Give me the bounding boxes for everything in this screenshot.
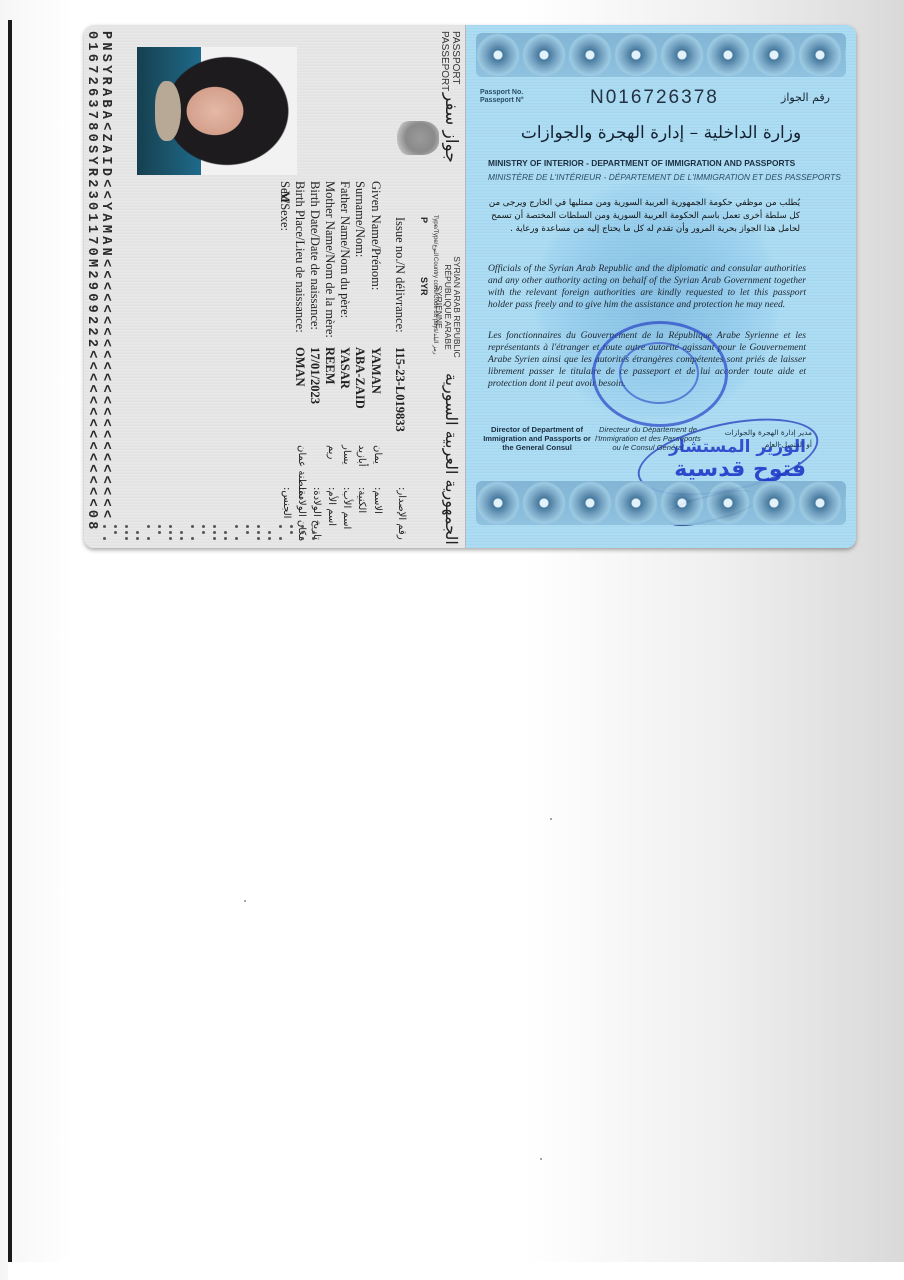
perforation-dot: [257, 525, 260, 528]
perforation-dot: [301, 525, 304, 528]
mrz-line-2: 0167263780SYR2301170M2909222<<<<<<<<<<<<…: [84, 31, 99, 533]
field-value: OMAN: [292, 347, 307, 387]
field-value: YASAR: [337, 347, 352, 389]
scan-bottom-margin: [8, 1262, 904, 1280]
field-label: Given Name/Prénom:: [368, 181, 383, 290]
request-text-ar: يُطلب من موظفي حكومة الجمهورية العربية ا…: [482, 197, 800, 236]
perforation-dot: [312, 537, 315, 540]
perforation-dot: [279, 525, 282, 528]
ministry-title-en: MINISTRY OF INTERIOR - DEPARTMENT OF IMM…: [488, 158, 795, 168]
perforation-dot: [257, 531, 260, 534]
type-label: Type/Type/النوع: [430, 215, 439, 256]
perforation-dot: [191, 537, 194, 540]
perforation-dot: [169, 525, 172, 528]
perforation-dot: [301, 537, 304, 540]
perforation-dot: [202, 525, 205, 528]
ministry-title-ar: وزارة الداخلية – إدارة الهجرة والجوازات: [466, 123, 856, 143]
perforation-dot: [169, 537, 172, 540]
field-label: Sex/Sexe:: [277, 181, 292, 231]
perforation-dot: [290, 531, 293, 534]
field-value: 17/01/2023: [307, 347, 322, 404]
perforation-dot: [114, 531, 117, 534]
passport-title-fr: PASSEPORT: [439, 31, 450, 91]
field-value: 115-23-L019833: [392, 347, 407, 432]
passport-data-page: PASSPORT PASSEPORT جواز سفر SYRIAN ARAB …: [84, 25, 466, 548]
photo-bow: [155, 81, 181, 141]
passport-no-label: Passport No. Passeport N°: [480, 89, 524, 105]
perforation-dot: [213, 525, 216, 528]
passport-spread: PASSPORT PASSEPORT جواز سفر SYRIAN ARAB …: [84, 25, 856, 548]
signature-name-ar: فتوح قدسية: [674, 457, 806, 482]
perforation-dot: [246, 525, 249, 528]
perforation-dot: [246, 531, 249, 534]
field-label: Mother Name/Nom de la mère:: [322, 181, 337, 338]
field-value-ar: أبازيد: [356, 445, 367, 466]
field-value: ABA-ZAID: [352, 347, 367, 409]
passport-title-block: PASSPORT PASSEPORT: [439, 31, 461, 91]
passport-title-en: PASSPORT: [450, 31, 461, 91]
perforation-dot: [180, 531, 183, 534]
passport-no-label-ar: رقم الجواز: [781, 91, 830, 104]
perforation-dot: [268, 531, 271, 534]
perforation-dot: [191, 525, 194, 528]
request-text-en: Officials of the Syrian Arab Republic an…: [488, 263, 806, 311]
perforation-dot: [136, 531, 139, 534]
passport-info-page: Passport No. Passeport N° N016726378 رقم…: [466, 25, 856, 548]
field-value: YAMAN: [368, 347, 383, 394]
field-label: Birth Place/Lieu de naissance:: [292, 181, 307, 333]
perforation-dot: [224, 537, 227, 540]
field-label-ar: رقم الإصدار:: [396, 487, 407, 540]
perforation-dot: [125, 525, 128, 528]
perforation-dot: [235, 525, 238, 528]
perforation-dot: [279, 537, 282, 540]
field-label-ar: اسم الأم:: [326, 487, 337, 526]
perforation-dot: [224, 531, 227, 534]
perforation-dot: [147, 537, 150, 540]
field-value: M: [277, 191, 292, 203]
perforation-dot: [180, 537, 183, 540]
perforation-dot: [202, 531, 205, 534]
perforation-dot: [312, 531, 315, 534]
perforation-dot: [114, 525, 117, 528]
perforation-dot: [169, 531, 172, 534]
field-label-ar: الاسم:: [372, 487, 383, 514]
perforation-dot: [136, 537, 139, 540]
field-label: Birth Date/Date de naissance:: [307, 181, 322, 330]
scanner-edge-shadow: [8, 20, 12, 1268]
eagle-emblem-icon: [397, 121, 439, 155]
perforation-dot: [290, 525, 293, 528]
dust-speck: [244, 900, 246, 902]
passport-no-label-en: Passport No.: [480, 89, 524, 97]
signatory-title-en: Director of Department of Immigration an…: [482, 425, 592, 452]
field-label-ar: اسم الأب:: [341, 487, 352, 529]
country-name-en: SYRIAN ARAB REPUBLIC: [452, 247, 461, 367]
guilloche-border-top: [476, 33, 846, 77]
perforation-dot: [257, 537, 260, 540]
country-code-label: Country code/Code du pays/رمز البلد: [430, 257, 439, 355]
passport-title-ar: جواز سفر: [441, 93, 461, 163]
stamp-inner-ring: [619, 342, 699, 404]
perforation-dot: [301, 531, 304, 534]
holder-photo: [137, 47, 297, 175]
field-value-ar: يسار: [341, 445, 352, 465]
field-label-ar: الجنس:: [281, 487, 292, 518]
perforation-dot: [125, 531, 128, 534]
perforation-dot: [268, 537, 271, 540]
data-page-rotated-content: PASSPORT PASSEPORT جواز سفر SYRIAN ARAB …: [84, 25, 465, 548]
field-label-ar: الكنية:: [356, 487, 367, 513]
perforation-dot: [147, 525, 150, 528]
dust-speck: [550, 818, 552, 820]
perforation-dot: [213, 537, 216, 540]
field-label: Issue no./N délivrance:: [392, 217, 407, 333]
country-name-ar: الجمهورية العربية السورية: [442, 373, 461, 545]
mrz-line-1: PNSYRABA<ZAID<<YAMAN<<<<<<<<<<<<<<<<<<<<…: [98, 31, 113, 521]
official-stamp-icon: [592, 321, 728, 427]
perforation-dot: [103, 525, 106, 528]
perforation-dot: [158, 525, 161, 528]
country-code-value: SYR: [419, 277, 429, 296]
field-label: Father Name/Nom du père:: [337, 181, 352, 318]
signature-title-ar: الوزير المستشار: [669, 437, 806, 457]
perforation-dot: [158, 531, 161, 534]
passport-no-label-fr: Passeport N°: [480, 97, 524, 105]
perforation-dot: [125, 537, 128, 540]
perforation-dot: [235, 537, 238, 540]
field-label: Surname/Nom:: [352, 181, 367, 257]
field-value-ar: يمان: [372, 445, 383, 464]
dust-speck: [540, 1158, 542, 1160]
perforation-dot: [103, 537, 106, 540]
type-value: P: [419, 217, 429, 223]
perforation-dot: [213, 531, 216, 534]
field-value-ar: ريم: [326, 445, 337, 459]
guilloche-border-bottom: [476, 481, 846, 525]
field-value: REEM: [322, 347, 337, 385]
passport-number: N016726378: [590, 87, 719, 109]
